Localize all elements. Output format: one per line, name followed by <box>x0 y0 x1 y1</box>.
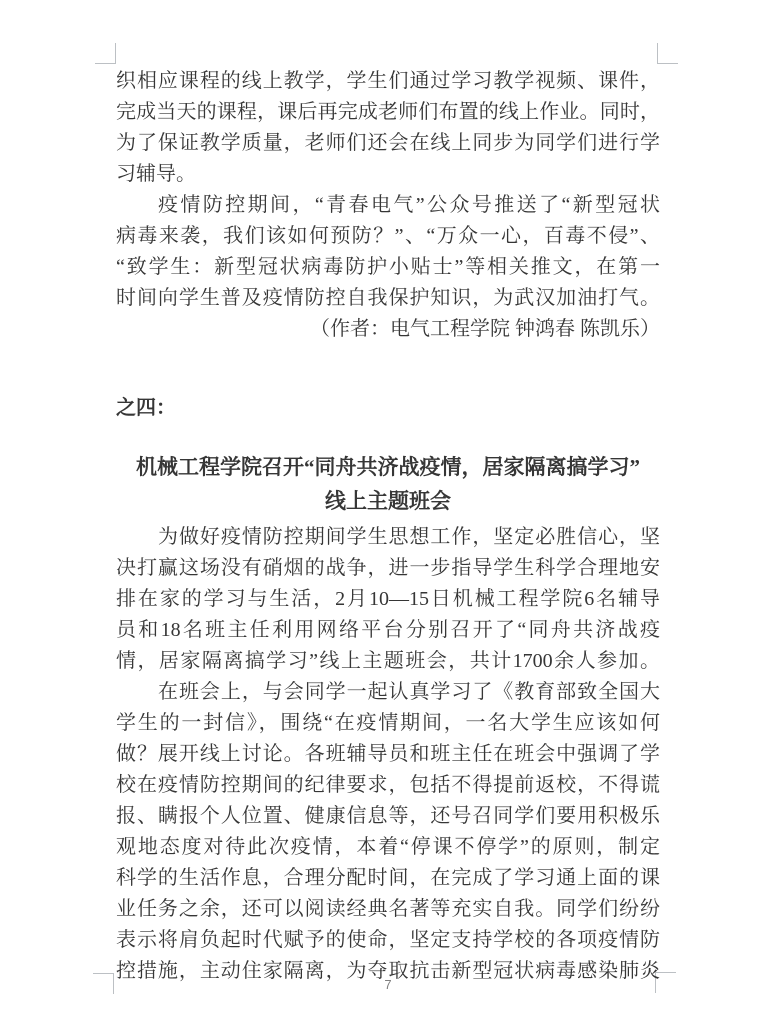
paragraph: 织相应课程的线上教学，学生们通过学习教学视频、课件，完成当天的课程，课后再完成老… <box>116 66 660 190</box>
text-line: 时间向学生普及疫情防控自我保护知识，为武汉加油打气。 <box>116 283 660 314</box>
text-line: 报、瞒报个人位置、健康信息等，还号召同学们要用积极乐 <box>116 801 660 832</box>
text-line: 校在疫情防控期间的纪律要求，包括不得提前返校，不得谎 <box>116 770 660 801</box>
paragraph: 疫情防控期间，“青春电气”公众号推送了“新型冠状病毒来袭，我们该如何预防？”、“… <box>116 190 660 314</box>
paragraph: 在班会上，与会同学一起认真学习了《教育部致全国大学生的一封信》，围绕“在疫情期间… <box>116 677 660 987</box>
crop-mark-top-right-icon <box>657 43 678 64</box>
text-line: “致学生：新型冠状病毒防护小贴士”等相关推文，在第一 <box>116 252 660 283</box>
page-number: 7 <box>116 977 660 992</box>
text-line: 线上主题班会 <box>116 484 660 518</box>
text-line: 学生的一封信》，围绕“在疫情期间，一名大学生应该如何 <box>116 708 660 739</box>
paragraph: 为做好疫情防控期间学生思想工作，坚定必胜信心，坚决打赢这场没有硝烟的战争，进一步… <box>116 522 660 677</box>
text-line: 业任务之余，还可以阅读经典名著等充实自我。同学们纷纷 <box>116 894 660 925</box>
text-line: 科学的生活作息，合理分配时间，在完成了学习通上面的课 <box>116 863 660 894</box>
text-line: 决打赢这场没有硝烟的战争，进一步指导学生科学合理地安 <box>116 553 660 584</box>
text-line: 观地态度对待此次疫情，本着“停课不停学”的原则，制定 <box>116 832 660 863</box>
text-line: 为了保证教学质量，老师们还会在线上同步为同学们进行学 <box>116 128 660 159</box>
text-line: 表示将肩负起时代赋予的使命，坚定支持学校的各项疫情防 <box>116 925 660 956</box>
text-line: 完成当天的课程，课后再完成老师们布置的线上作业。同时， <box>116 97 660 128</box>
text-line: 在班会上，与会同学一起认真学习了《教育部致全国大 <box>116 677 660 708</box>
text-line: 病毒来袭，我们该如何预防？”、“万众一心，百毒不侵”、 <box>116 221 660 252</box>
text-line: （作者：电气工程学院 钟鸿春 陈凯乐） <box>116 314 660 345</box>
text-line: 做？展开线上讨论。各班辅导员和班主任在班会中强调了学 <box>116 739 660 770</box>
text-line: 情，居家隔离搞学习”线上主题班会，共计1700余人参加。 <box>116 646 660 677</box>
author-line: （作者：电气工程学院 钟鸿春 陈凯乐） <box>116 314 660 345</box>
section-label: 之四： <box>116 393 660 424</box>
crop-mark-bottom-left-icon <box>93 973 114 994</box>
text-area: 织相应课程的线上教学，学生们通过学习教学视频、课件，完成当天的课程，课后再完成老… <box>116 66 660 987</box>
text-line: 机械工程学院召开“同舟共济战疫情，居家隔离搞学习” <box>116 450 660 484</box>
text-line: 排在家的学习与生活，2月10—15日机械工程学院6名辅导 <box>116 584 660 615</box>
text-line: 织相应课程的线上教学，学生们通过学习教学视频、课件， <box>116 66 660 97</box>
text-line: 员和18名班主任利用网络平台分别召开了“同舟共济战疫 <box>116 615 660 646</box>
article-title: 机械工程学院召开“同舟共济战疫情，居家隔离搞学习”线上主题班会 <box>116 450 660 518</box>
text-line: 为做好疫情防控期间学生思想工作，坚定必胜信心，坚 <box>116 522 660 553</box>
text-line: 习辅导。 <box>116 159 660 190</box>
document-page: 织相应课程的线上教学，学生们通过学习教学视频、课件，完成当天的课程，课后再完成老… <box>0 0 770 1024</box>
text-line: 之四： <box>116 393 660 424</box>
crop-mark-top-left-icon <box>95 43 116 64</box>
text-line: 疫情防控期间，“青春电气”公众号推送了“新型冠状 <box>116 190 660 221</box>
